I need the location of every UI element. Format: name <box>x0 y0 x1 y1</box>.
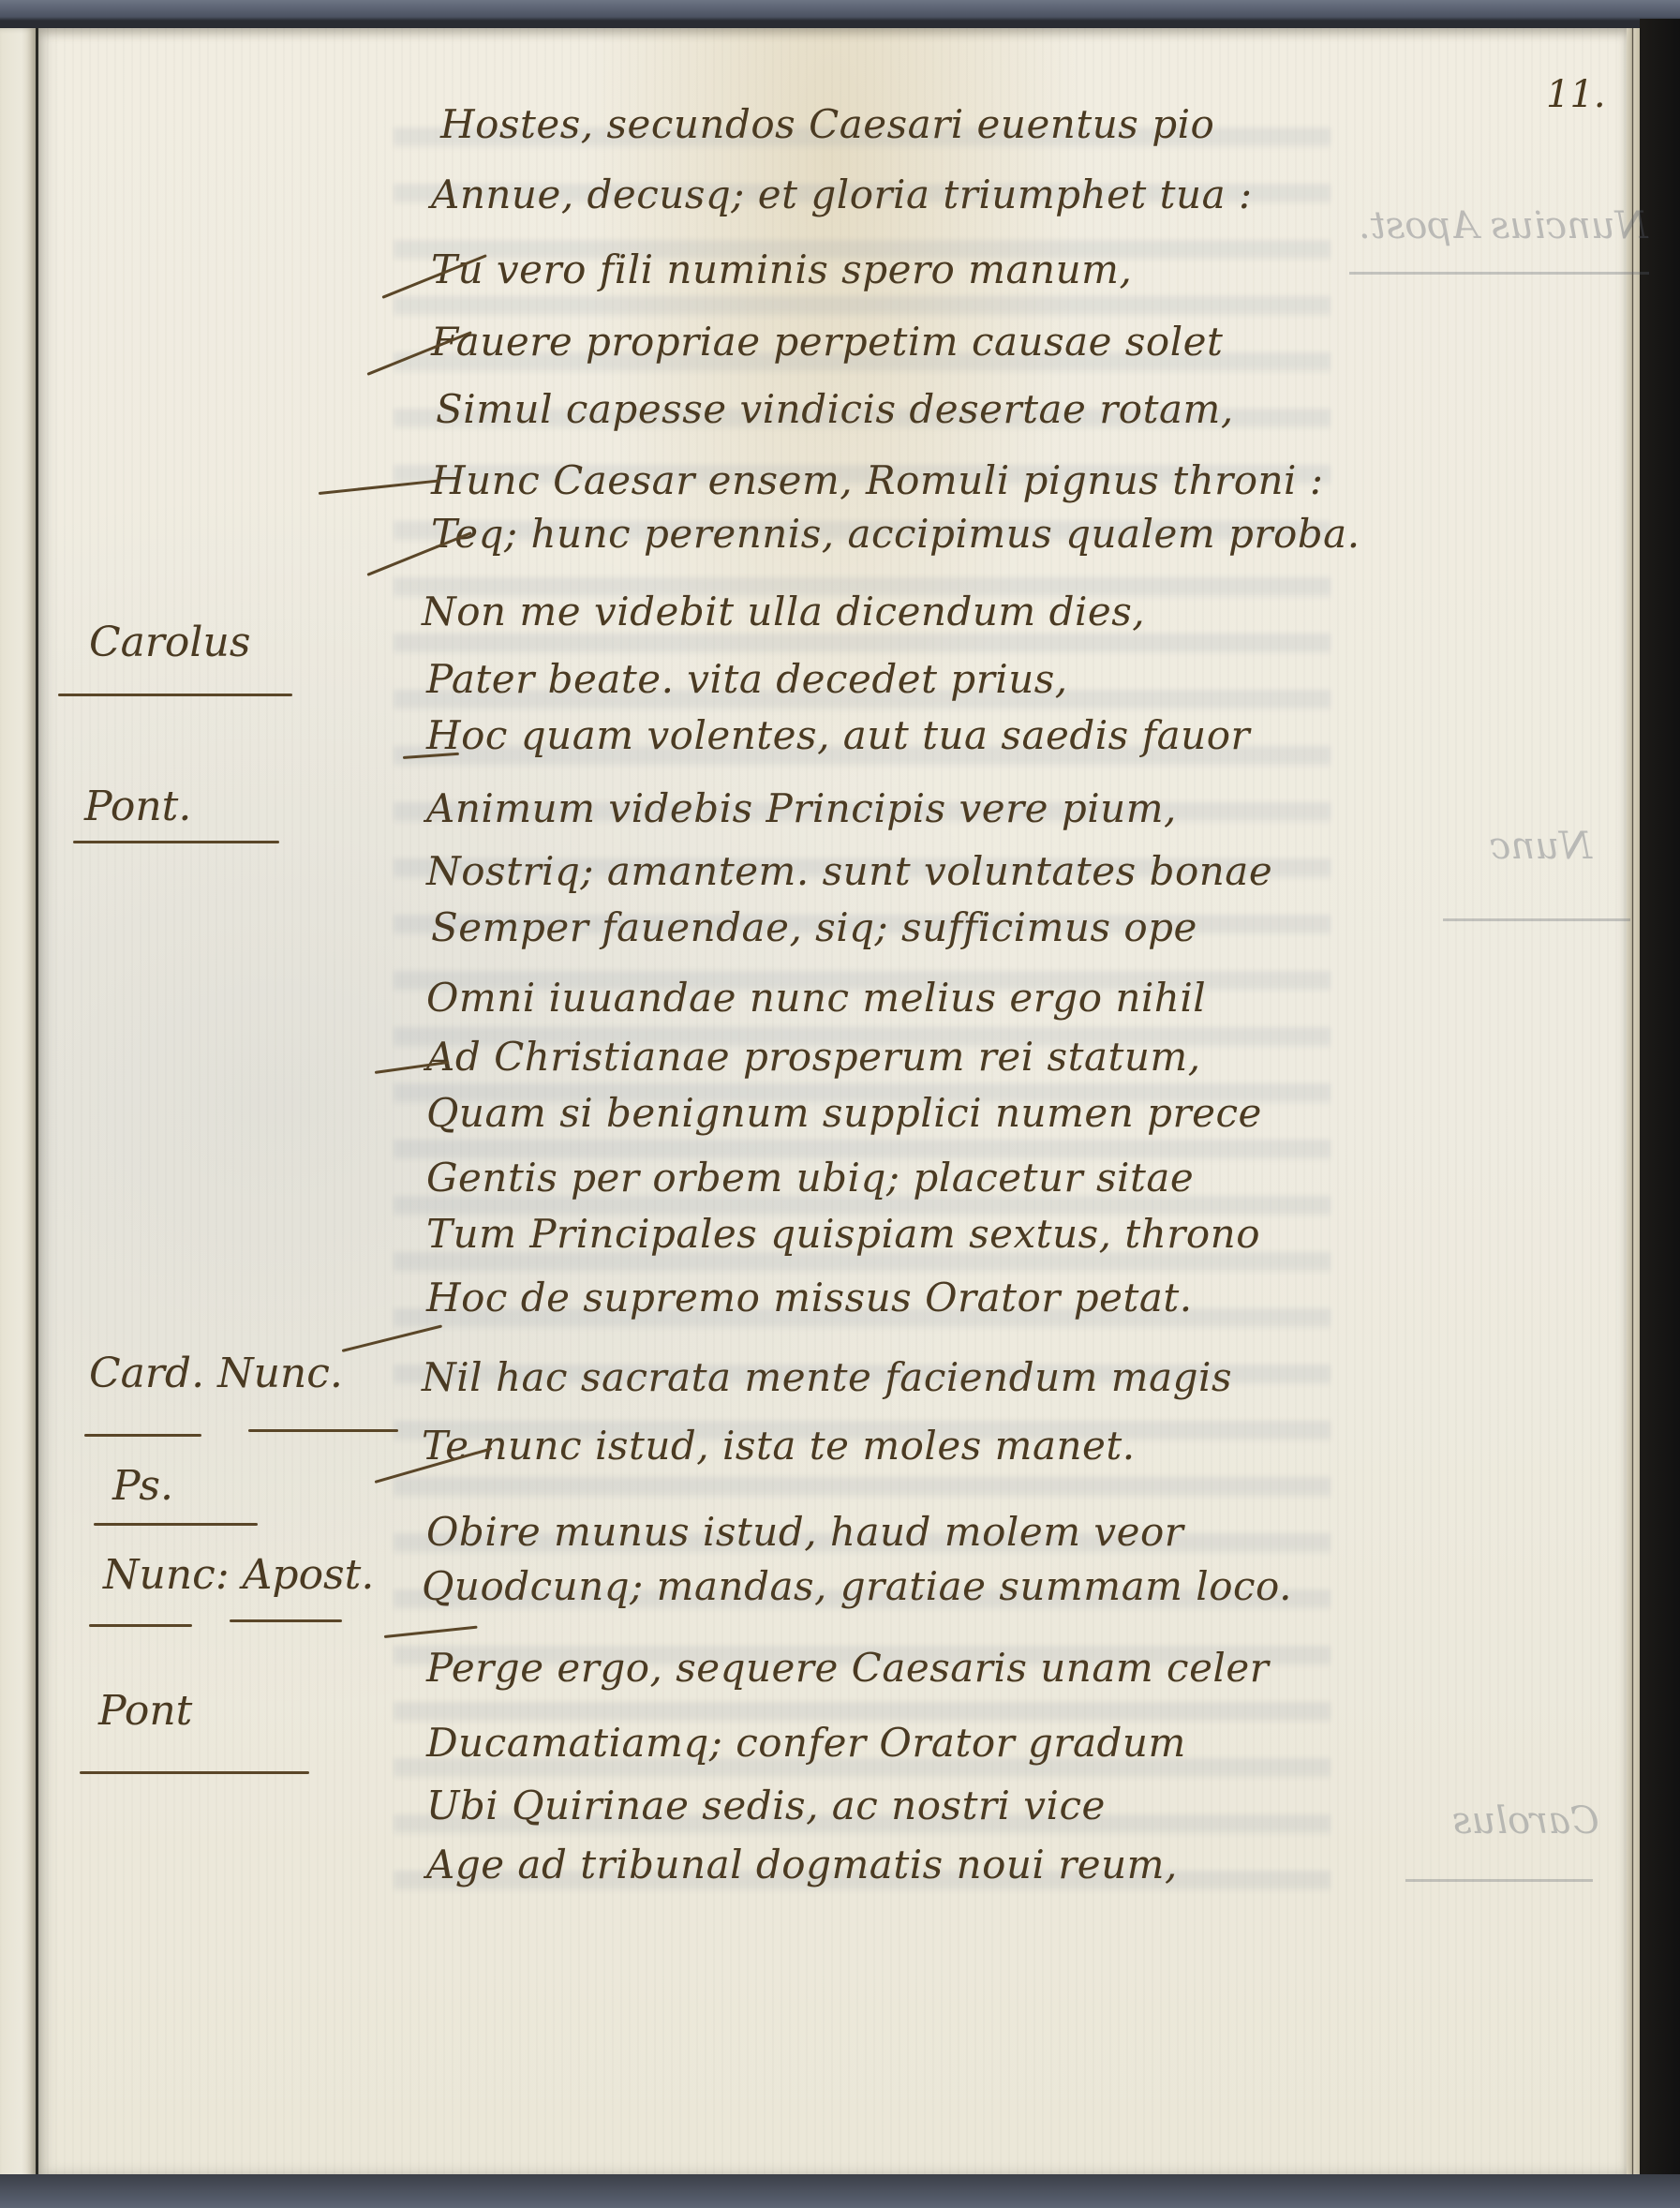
pen-flourish <box>342 1324 442 1352</box>
verse-line: Animum videbis Principis vere pium, <box>426 785 1177 831</box>
verse-line: Perge ergo, sequere Caesaris unam celer <box>426 1645 1269 1691</box>
verse-line: Pater beate. vita decedet prius, <box>426 656 1068 702</box>
verse-line: Hunc Caesar ensem, Romuli pignus throni … <box>431 457 1323 503</box>
verse-line: Simul capesse vindicis desertae rotam, <box>436 386 1234 432</box>
verse-line: Ubi Quirinae sedis, ac nostri vice <box>426 1783 1106 1828</box>
verse-line: Quodcunq; mandas, gratiae summam loco. <box>422 1563 1292 1609</box>
speaker-underline <box>58 694 292 696</box>
bleed-through-rule <box>1443 918 1630 921</box>
speaker-underline <box>248 1429 398 1432</box>
verse-line: Nil hac sacrata mente faciendum magis <box>422 1354 1232 1400</box>
pen-flourish <box>319 479 440 495</box>
bleed-through-rule <box>1349 272 1649 275</box>
verse-line: Annue, decusq; et gloria triumphet tua : <box>431 172 1253 217</box>
bleed-through-rule <box>1405 1879 1593 1882</box>
speaker-underline <box>230 1619 342 1622</box>
verse-line: Ducamatiamq; confer Orator gradum <box>426 1720 1186 1766</box>
verse-line: Obire munus istud, haud molem veor <box>426 1509 1183 1555</box>
speaker-label: Pont <box>98 1687 192 1735</box>
speaker-underline <box>84 1434 201 1437</box>
verse-line: Nostriq; amantem. sunt voluntates bonae <box>426 848 1272 894</box>
verse-line: Ad Christianae prosperum rei statum, <box>426 1034 1201 1080</box>
bleed-through-text: Nuncius Apost. <box>1359 204 1648 247</box>
speaker-underline <box>73 841 279 843</box>
verse-block: Hostes, secundos Caesari euentus pio Ann… <box>0 0 1680 2208</box>
verse-line: Tu vero fili numinis spero manum, <box>431 246 1132 292</box>
manuscript-scan: 11. Hostes, secundos Caesari euentus pio… <box>0 0 1680 2208</box>
verse-line: Hoc de supremo missus Orator petat. <box>426 1275 1193 1320</box>
verse-line: Hoc quam volentes, aut tua saedis fauor <box>426 712 1250 758</box>
bleed-through-text: Nunc <box>1490 825 1592 868</box>
speaker-label: Nunc: Apost. <box>103 1551 374 1599</box>
verse-line: Semper fauendae, siq; sufficimus ope <box>431 904 1197 950</box>
verse-line: Fauere propriae perpetim causae solet <box>431 319 1223 365</box>
speaker-label: Carolus <box>89 619 250 666</box>
verse-line: Omni iuuandae nunc melius ergo nihil <box>426 975 1206 1021</box>
speaker-label: Ps. <box>112 1462 173 1510</box>
verse-line: Te nunc istud, ista te moles manet. <box>422 1423 1136 1469</box>
bleed-through-text: Carolus <box>1452 1799 1599 1842</box>
speaker-label: Card. Nunc. <box>89 1350 343 1397</box>
verse-line: Quam si benignum supplici numen prece <box>426 1090 1262 1136</box>
pen-flourish <box>384 1626 478 1638</box>
verse-line: Teq; hunc perennis, accipimus qualem pro… <box>431 511 1360 557</box>
verse-line: Non me videbit ulla dicendum dies, <box>422 589 1145 634</box>
verse-line: Age ad tribunal dogmatis noui reum, <box>426 1842 1178 1887</box>
speaker-underline <box>80 1771 309 1774</box>
speaker-underline <box>94 1523 258 1526</box>
verse-line: Gentis per orbem ubiq; placetur sitae <box>426 1155 1194 1201</box>
verse-line: Hostes, secundos Caesari euentus pio <box>440 101 1214 147</box>
verse-line: Tum Principales quispiam sextus, throno <box>426 1211 1260 1257</box>
speaker-label: Pont. <box>84 783 191 830</box>
speaker-underline <box>89 1624 192 1627</box>
